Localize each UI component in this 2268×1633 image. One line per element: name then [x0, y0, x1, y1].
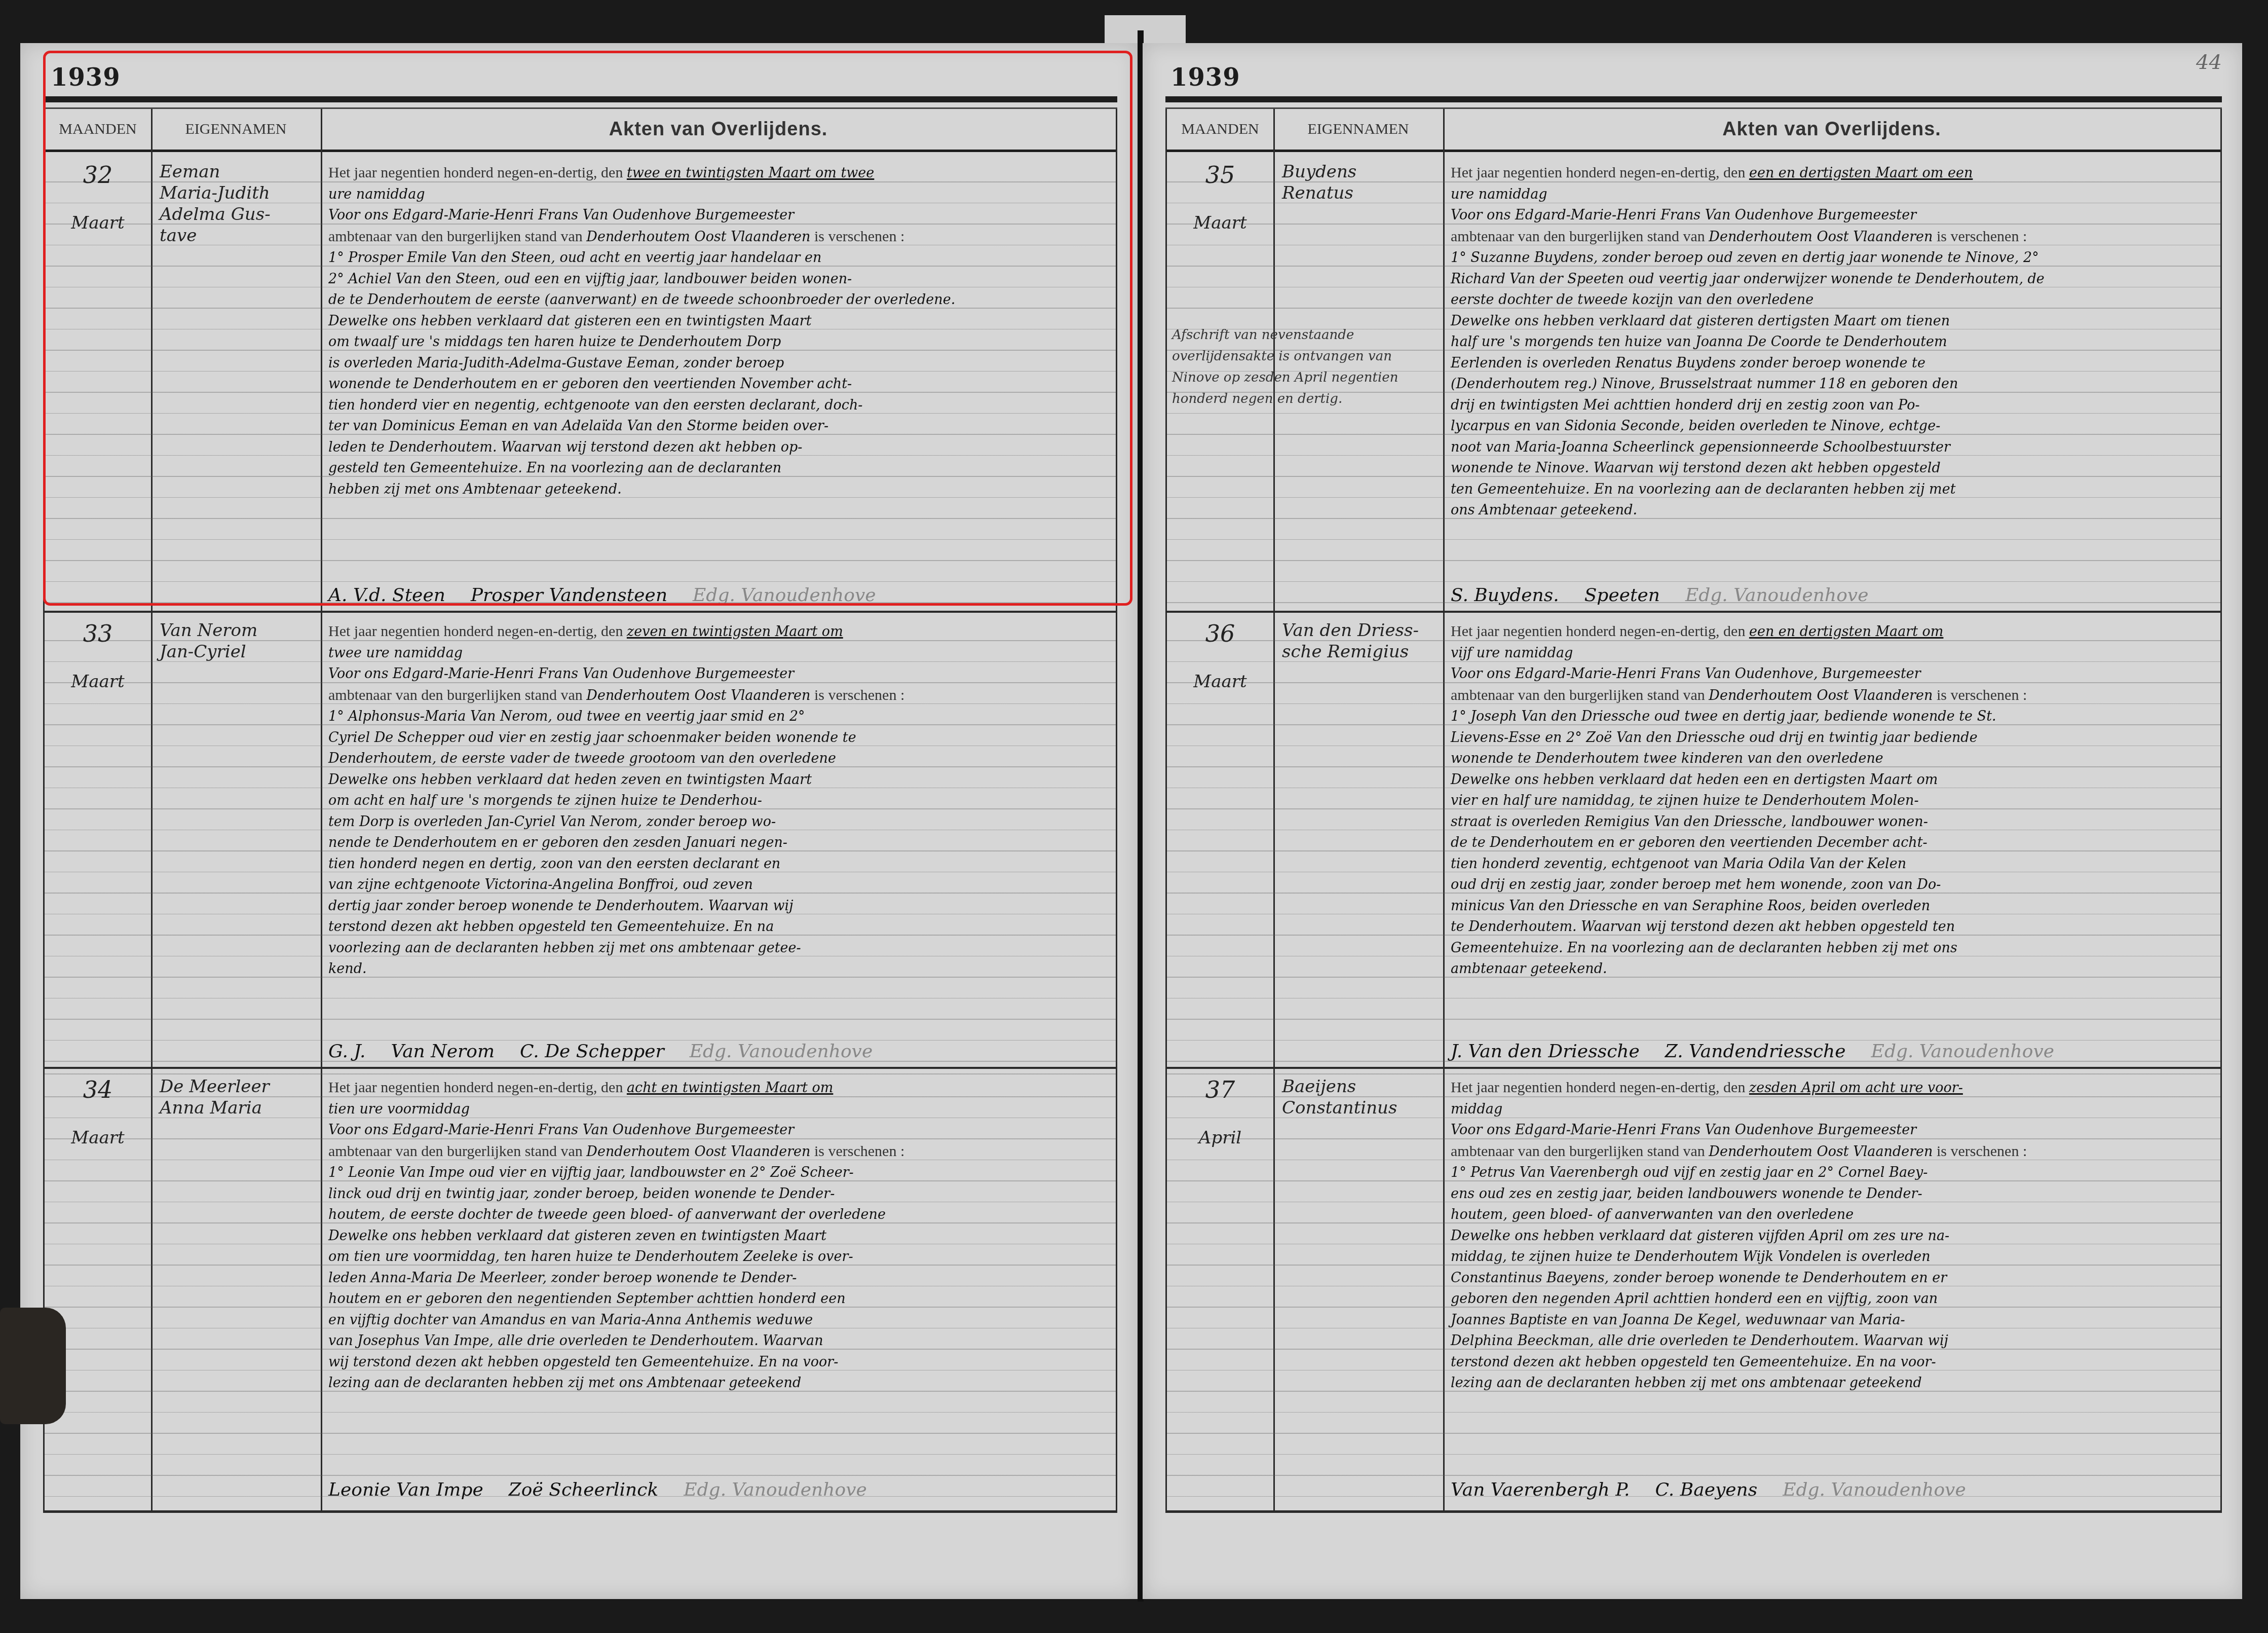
printed-official: ambtenaar van den burgerlijken stand van — [1451, 228, 1705, 245]
text-line: linck oud drij en twintig jaar, zonder b… — [328, 1183, 1106, 1205]
time-handwritten: vijf ure namiddag — [1451, 643, 2210, 664]
text-line: 1° Joseph Van den Driessche oud twee en … — [1451, 706, 2210, 727]
text-line: (Denderhoutem reg.) Ninove, Brusselstraa… — [1451, 374, 2210, 395]
signature-official: Edg. Vanoudenhove — [1783, 1479, 1966, 1500]
printed-official: ambtenaar van den burgerlijken stand van — [328, 687, 583, 703]
signature: Zoë Scheerlinck — [509, 1479, 658, 1500]
year-heading: 1939 — [1170, 63, 1240, 92]
surname: Van den Driess- — [1282, 620, 1447, 641]
text-line: oud drij en zestig jaar, zonder beroep m… — [1451, 874, 2210, 896]
printed-appeared: is verschenen : — [814, 687, 904, 703]
signature: Van Vaerenbergh P. — [1451, 1479, 1630, 1500]
text-line: wonende te Ninove. Waarvan wij terstond … — [1451, 458, 2210, 479]
text-line: Richard Van der Speeten oud veertig jaar… — [1451, 269, 2210, 290]
text-line: eerste dochter de tweede kozijn van den … — [1451, 289, 2210, 311]
text-line: voorlezing aan de declaranten hebben zij… — [328, 938, 1106, 959]
surname: De Meerleer — [160, 1076, 324, 1097]
text-line: van zijne echtgenoote Victorina-Angelina… — [328, 874, 1106, 896]
table-header: MAANDEN EIGENNAMEN Akten van Overlijdens… — [1167, 109, 2220, 152]
text-line: wij terstond dezen akt hebben opgesteld … — [328, 1352, 1106, 1373]
mayor-line: Voor ons Edgard-Marie-Henri Frans Van Ou… — [1451, 1120, 2210, 1141]
signature: C. Baeyens — [1655, 1479, 1758, 1500]
signature: Van Nerom — [391, 1041, 495, 1062]
time-handwritten: ure namiddag — [1451, 184, 2210, 205]
record-number: 36 — [1167, 620, 1273, 647]
text-line: leden Anna-Maria De Meerleer, zonder ber… — [328, 1268, 1106, 1289]
text-line: kend. — [328, 958, 1106, 980]
text-line: Constantinus Baeyens, zonder beroep wone… — [1451, 1268, 2210, 1289]
text-line: houtem, de eerste dochter de tweede geen… — [328, 1204, 1106, 1226]
text-line: straat is overleden Remigius Van den Dri… — [1451, 811, 2210, 833]
text-line: minicus Van den Driessche en van Seraphi… — [1451, 896, 2210, 917]
record-number: 33 — [45, 620, 151, 647]
surname: Van Nerom — [160, 620, 324, 641]
death-record-37[interactable]: 37 April Baeijens Constantinus Het jaar … — [1167, 1067, 2220, 1510]
text-line: middag, te zijnen huize te Denderhoutem … — [1451, 1246, 2210, 1268]
date-handwritten: een en dertigsten Maart om — [1749, 624, 1944, 640]
signature: S. Buydens. — [1451, 585, 1559, 606]
text-line: ten Gemeentehuize. En na voorlezing aan … — [1451, 479, 2210, 500]
text-line: ambtenaar geteekend. — [1451, 958, 2210, 980]
signatures: J. Van den Driessche Z. Vandendriessche … — [1451, 1041, 2210, 1062]
text-line: van Josephus Van Impe, alle drie overled… — [328, 1330, 1106, 1352]
mayor-line: Voor ons Edgard-Marie-Henri Frans Van Ou… — [1451, 663, 2210, 685]
col-header-records: Akten van Overlijdens. — [1443, 109, 2220, 150]
signature-official: Edg. Vanoudenhove — [1871, 1041, 2055, 1062]
signature: G. J. — [328, 1041, 365, 1062]
signature: Z. Vandendriessche — [1665, 1041, 1846, 1062]
text-line: Gemeentehuize. En na voorlezing aan de d… — [1451, 938, 2210, 959]
record-body: Het jaar negentien honderd negen-en-dert… — [1451, 621, 2210, 980]
record-month: Maart — [1167, 213, 1273, 233]
text-line: Dewelke ons hebben verklaard dat heden e… — [1451, 769, 2210, 791]
signatures: Leonie Van Impe Zoë Scheerlinck Edg. Van… — [328, 1479, 1106, 1500]
printed-opening: Het jaar negentien honderd negen-en-dert… — [1451, 164, 1745, 181]
text-line: houtem en er geboren den negentienden Se… — [328, 1288, 1106, 1310]
printed-appeared: is verschenen : — [1937, 1143, 2027, 1160]
time-handwritten: twee ure namiddag — [328, 643, 1106, 664]
text-line: geboren den negenden April achttien hond… — [1451, 1288, 2210, 1310]
text-line: Denderhoutem, de eerste vader de tweede … — [328, 748, 1106, 769]
text-line: om tien ure voormiddag, ten haren huize … — [328, 1246, 1106, 1268]
mayor-line: Voor ons Edgard-Marie-Henri Frans Van Ou… — [1451, 205, 2210, 226]
signatures: S. Buydens. Speeten Edg. Vanoudenhove — [1451, 585, 2210, 606]
record-names: Buydens Renatus — [1276, 161, 1447, 204]
text-line: terstond dezen akt hebben opgesteld ten … — [1451, 1352, 2210, 1373]
record-body: Het jaar negentien honderd negen-en-dert… — [328, 621, 1106, 980]
text-line: Dewelke ons hebben verklaard dat gistere… — [1451, 311, 2210, 332]
time-handwritten: middag — [1451, 1099, 2210, 1120]
municipality: Denderhoutem Oost Vlaanderen — [1709, 688, 1933, 703]
book-clip — [0, 1308, 66, 1424]
municipality: Denderhoutem Oost Vlaanderen — [586, 1144, 810, 1160]
printed-opening: Het jaar negentien honderd negen-en-dert… — [328, 1079, 623, 1096]
given-name: Jan-Cyriel — [160, 641, 324, 662]
record-month: Maart — [45, 672, 151, 692]
text-line: ons Ambtenaar geteekend. — [1451, 500, 2210, 521]
printed-opening: Het jaar negentien honderd negen-en-dert… — [1451, 1079, 1745, 1096]
text-line: houtem, geen bloed- of aanverwanten van … — [1451, 1204, 2210, 1226]
header-rule — [1165, 96, 2222, 102]
signatures: G. J. Van Nerom C. De Schepper Edg. Vano… — [328, 1041, 1106, 1062]
signatures: Van Vaerenbergh P. C. Baeyens Edg. Vanou… — [1451, 1479, 2210, 1500]
municipality: Denderhoutem Oost Vlaanderen — [586, 688, 810, 703]
text-line: tien honderd negen en dertig, zoon van d… — [328, 853, 1106, 875]
record-names: De Meerleer Anna Maria — [154, 1076, 324, 1119]
text-line: dertig jaar zonder beroep wonende te Den… — [328, 896, 1106, 917]
given-name: Anna Maria — [160, 1097, 324, 1119]
date-handwritten: acht en twintigsten Maart om — [627, 1080, 833, 1096]
time-handwritten: tien ure voormiddag — [328, 1099, 1106, 1120]
date-handwritten: zeven en twintigsten Maart om — [627, 624, 843, 640]
right-page: 1939 44 MAANDEN EIGENNAMEN Akten van Ove… — [1143, 43, 2242, 1599]
signature-official: Edg. Vanoudenhove — [690, 1041, 873, 1062]
printed-appeared: is verschenen : — [1937, 687, 2027, 703]
margin-annotation: Afschrift van nevenstaande overlijdensak… — [1172, 324, 1435, 410]
mayor-line: Voor ons Edgard-Marie-Henri Frans Van Ou… — [328, 663, 1106, 685]
text-line: om acht en half ure 's morgends te zijne… — [328, 790, 1106, 811]
signature: C. De Schepper — [520, 1041, 664, 1062]
record-names: Baeijens Constantinus — [1276, 1076, 1447, 1119]
col-header-months: MAANDEN — [1167, 109, 1275, 150]
text-line: 1° Leonie Van Impe oud vier en vijftig j… — [328, 1162, 1106, 1183]
text-line: Lievens-Esse en 2° Zoë Van den Driessche… — [1451, 727, 2210, 749]
given-name: Renatus — [1282, 182, 1447, 204]
municipality: Denderhoutem Oost Vlaanderen — [1709, 1144, 1933, 1160]
text-line: vier en half ure namiddag, te zijnen hui… — [1451, 790, 2210, 811]
text-line: lezing aan de declaranten hebben zij met… — [1451, 1372, 2210, 1394]
signature-official: Edg. Vanoudenhove — [1685, 585, 1869, 606]
signature: J. Van den Driessche — [1451, 1041, 1640, 1062]
text-line: half ure 's morgends ten huize van Joann… — [1451, 331, 2210, 353]
text-line: Joannes Baptiste en van Joanna De Kegel,… — [1451, 1310, 2210, 1331]
given-name: sche Remigius — [1282, 641, 1447, 662]
text-line: terstond dezen akt hebben opgesteld ten … — [328, 916, 1106, 938]
record-number: 35 — [1167, 161, 1273, 189]
book-top-edge — [1105, 15, 1186, 46]
printed-official: ambtenaar van den burgerlijken stand van — [328, 1143, 583, 1160]
text-line: lezing aan de declaranten hebben zij met… — [328, 1372, 1106, 1394]
page-number: 44 — [2196, 51, 2222, 74]
text-line: ens oud zes en zestig jaar, beiden landb… — [1451, 1183, 2210, 1205]
text-line: drij en twintigsten Mei achttien honderd… — [1451, 395, 2210, 416]
text-line: wonende te Denderhoutem twee kinderen va… — [1451, 748, 2210, 769]
text-line: 1° Alphonsus-Maria Van Nerom, oud twee e… — [328, 706, 1106, 727]
text-line: de te Denderhoutem en er geboren den vee… — [1451, 832, 2210, 853]
text-line: tien honderd zeventig, echtgenoot van Ma… — [1451, 853, 2210, 875]
text-line: nende te Denderhoutem en er geboren den … — [328, 832, 1106, 853]
signature: Leonie Van Impe — [328, 1479, 483, 1500]
record-names: Van den Driess- sche Remigius — [1276, 620, 1447, 662]
text-line: Delphina Beeckman, alle drie overleden t… — [1451, 1330, 2210, 1352]
printed-appeared: is verschenen : — [814, 1143, 904, 1160]
text-line: 1° Petrus Van Vaerenbergh oud vijf en ze… — [1451, 1162, 2210, 1183]
printed-official: ambtenaar van den burgerlijken stand van — [1451, 687, 1705, 703]
record-body: Het jaar negentien honderd negen-en-dert… — [1451, 1077, 2210, 1394]
record-body: Het jaar negentien honderd negen-en-dert… — [328, 1077, 1106, 1394]
printed-opening: Het jaar negentien honderd negen-en-dert… — [328, 623, 623, 640]
record-month: Maart — [45, 1128, 151, 1148]
text-line: Cyriel De Schepper oud vier en zestig ja… — [328, 727, 1106, 749]
record-names: Van Nerom Jan-Cyriel — [154, 620, 324, 662]
record-body: Het jaar negentien honderd negen-en-dert… — [1451, 162, 2210, 521]
death-record-33[interactable]: 33 Maart Van Nerom Jan-Cyriel Het jaar n… — [45, 611, 1116, 1069]
record-month: Maart — [1167, 672, 1273, 692]
record-month: April — [1167, 1128, 1273, 1148]
surname: Buydens — [1282, 161, 1447, 182]
col-header-names: EIGENNAMEN — [1273, 109, 1445, 150]
death-record-34[interactable]: 34 Maart De Meerleer Anna Maria Het jaar… — [45, 1067, 1116, 1510]
mayor-line: Voor ons Edgard-Marie-Henri Frans Van Ou… — [328, 1120, 1106, 1141]
text-line: Dewelke ons hebben verklaard dat gistere… — [1451, 1226, 2210, 1247]
text-line: en vijftig dochter van Amandus en van Ma… — [328, 1310, 1106, 1331]
date-handwritten: een en dertigsten Maart om een — [1749, 165, 1973, 181]
text-line: Dewelke ons hebben verklaard dat heden z… — [328, 769, 1106, 791]
text-line: 1° Suzanne Buydens, zonder beroep oud ze… — [1451, 247, 2210, 269]
text-line: tem Dorp is overleden Jan-Cyriel Van Ner… — [328, 811, 1106, 833]
signature: Speeten — [1584, 585, 1660, 606]
record-number: 37 — [1167, 1076, 1273, 1103]
text-line: noot van Maria-Joanna Scheerlinck gepens… — [1451, 437, 2210, 458]
municipality: Denderhoutem Oost Vlaanderen — [1709, 229, 1933, 245]
death-record-36[interactable]: 36 Maart Van den Driess- sche Remigius H… — [1167, 611, 2220, 1069]
death-record-35[interactable]: 35 Maart Buydens Renatus Afschrift van n… — [1167, 152, 2220, 613]
printed-opening: Het jaar negentien honderd negen-en-dert… — [1451, 623, 1745, 640]
text-line: Eerlenden is overleden Renatus Buydens z… — [1451, 353, 2210, 374]
text-line: lycarpus en van Sidonia Seconde, beiden … — [1451, 416, 2210, 437]
given-name: Constantinus — [1282, 1097, 1447, 1119]
date-handwritten: zesden April om acht ure voor- — [1749, 1080, 1963, 1096]
record-number: 34 — [45, 1076, 151, 1103]
printed-appeared: is verschenen : — [1937, 228, 2027, 245]
selection-highlight-record-32 — [43, 51, 1132, 606]
text-line: te Denderhoutem. Waarvan wij terstond de… — [1451, 916, 2210, 938]
text-line: Dewelke ons hebben verklaard dat gistere… — [328, 1226, 1106, 1247]
signature-official: Edg. Vanoudenhove — [684, 1479, 867, 1500]
printed-official: ambtenaar van den burgerlijken stand van — [1451, 1143, 1705, 1160]
surname: Baeijens — [1282, 1076, 1447, 1097]
register-table: MAANDEN EIGENNAMEN Akten van Overlijdens… — [1165, 109, 2222, 1513]
